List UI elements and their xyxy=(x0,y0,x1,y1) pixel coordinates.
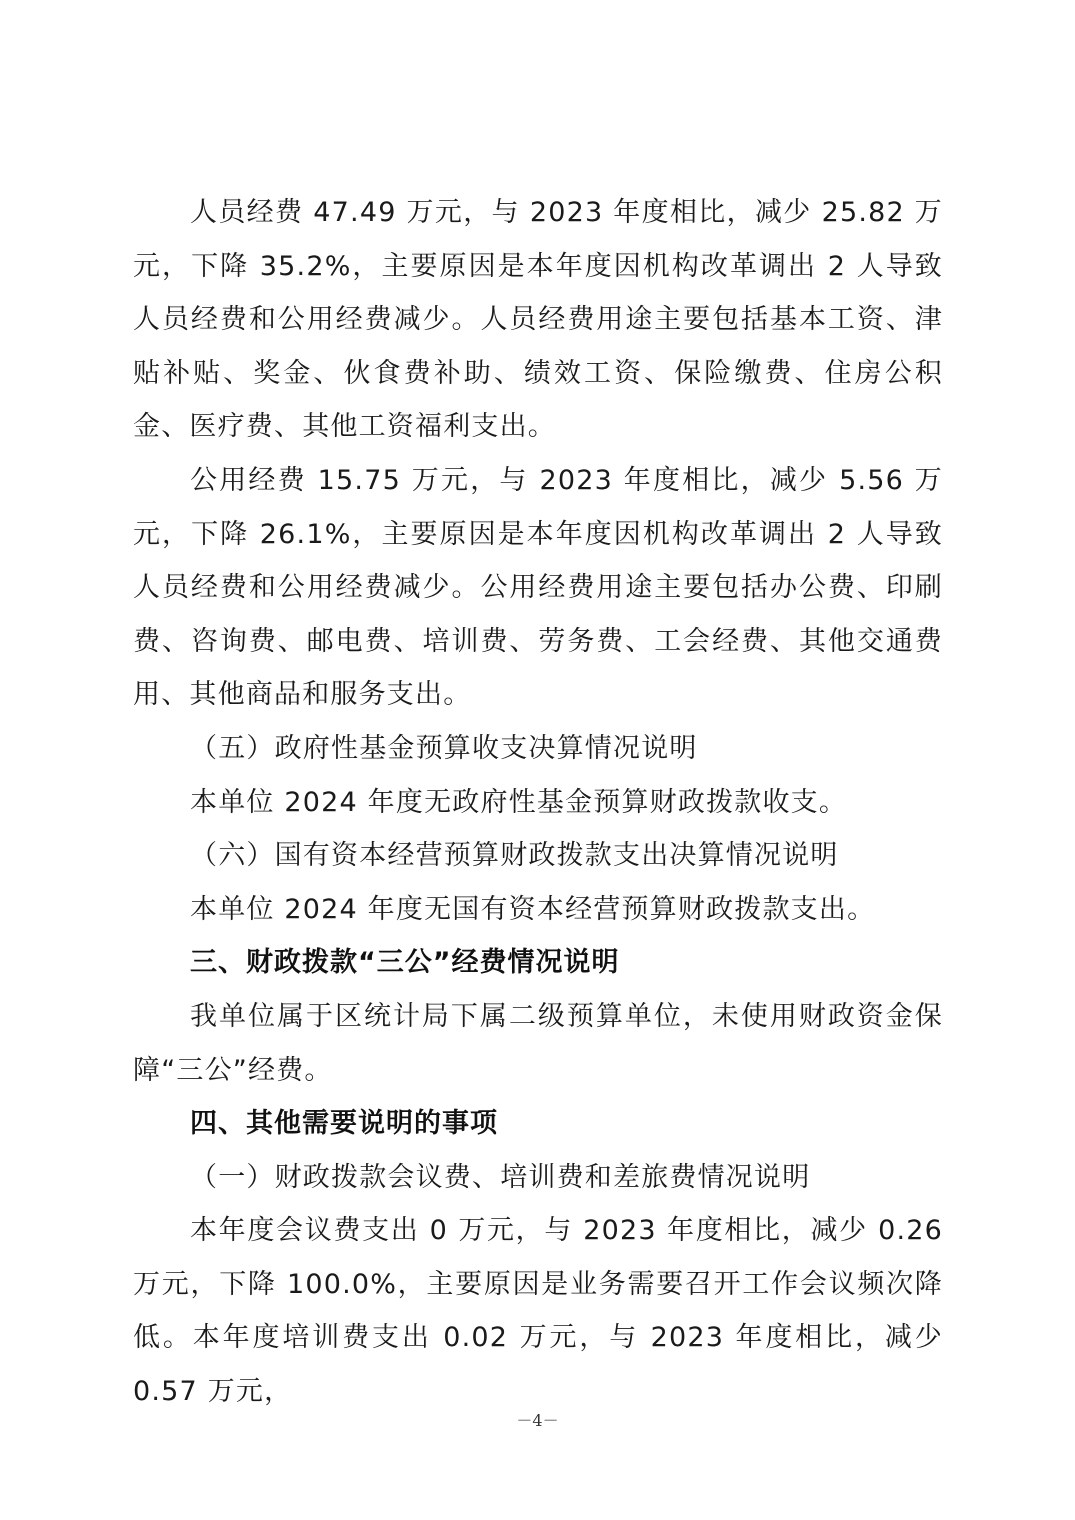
paragraph-personnel-expenses: 人员经费 47.49 万元，与 2023 年度相比，减少 25.82 万元，下降… xyxy=(133,186,943,454)
paragraph-government-fund-budget: 本单位 2024 年度无政府性基金预算财政拨款收支。 xyxy=(133,776,943,830)
section-heading-three-public-expenses: 三、财政拨款“三公”经费情况说明 xyxy=(133,936,943,990)
paragraph-meeting-training-travel: 本年度会议费支出 0 万元，与 2023 年度相比，减少 0.26 万元，下降 … xyxy=(133,1204,943,1418)
document-page: 人员经费 47.49 万元，与 2023 年度相比，减少 25.82 万元，下降… xyxy=(0,0,1075,1520)
section-heading-other-matters: 四、其他需要说明的事项 xyxy=(133,1097,943,1151)
paragraph-three-public-expenses: 我单位属于区统计局下属二级预算单位，未使用财政资金保障“三公”经费。 xyxy=(133,990,943,1097)
paragraph-state-capital-budget: 本单位 2024 年度无国有资本经营预算财政拨款支出。 xyxy=(133,883,943,937)
page-number: －4－ xyxy=(0,1408,1075,1431)
subheading-meeting-training-travel: （一）财政拨款会议费、培训费和差旅费情况说明 xyxy=(133,1151,943,1205)
paragraph-public-expenses: 公用经费 15.75 万元，与 2023 年度相比，减少 5.56 万元，下降 … xyxy=(133,454,943,722)
subheading-state-capital-budget: （六）国有资本经营预算财政拨款支出决算情况说明 xyxy=(133,829,943,883)
subheading-government-fund-budget: （五）政府性基金预算收支决算情况说明 xyxy=(133,722,943,776)
document-body: 人员经费 47.49 万元，与 2023 年度相比，减少 25.82 万元，下降… xyxy=(133,186,943,1419)
